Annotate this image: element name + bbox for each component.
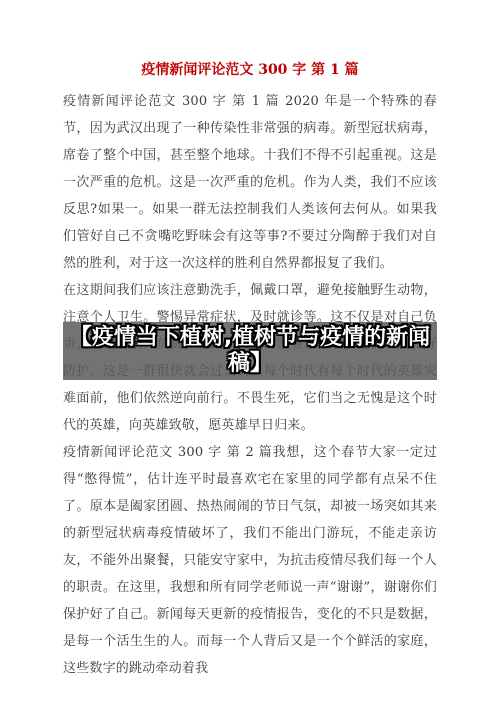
document-page: 疫情新闻评论范文 300 字 第 1 篇 疫情新闻评论范文 300 字 第 1 … xyxy=(0,0,500,706)
paragraph-1: 疫情新闻评论范文 300 字 第 1 篇 2020 年是一个特殊的春节，因为武汉… xyxy=(63,88,437,277)
watermark-band: 【疫情当下植树,植树节与疫情的新闻 稿】 xyxy=(63,322,437,380)
paragraph-3: 疫情新闻评论范文 300 字 第 2 篇我想，这个春节大家一定过得“憋得慌”，估… xyxy=(63,439,437,682)
page-title: 疫情新闻评论范文 300 字 第 1 篇 xyxy=(63,63,437,77)
watermark-text-line-2: 稿】 xyxy=(228,351,272,377)
watermark-text-line-1: 【疫情当下植树,植树节与疫情的新闻 xyxy=(70,325,430,351)
body-text: 疫情新闻评论范文 300 字 第 1 篇 2020 年是一个特殊的春节，因为武汉… xyxy=(63,88,437,682)
